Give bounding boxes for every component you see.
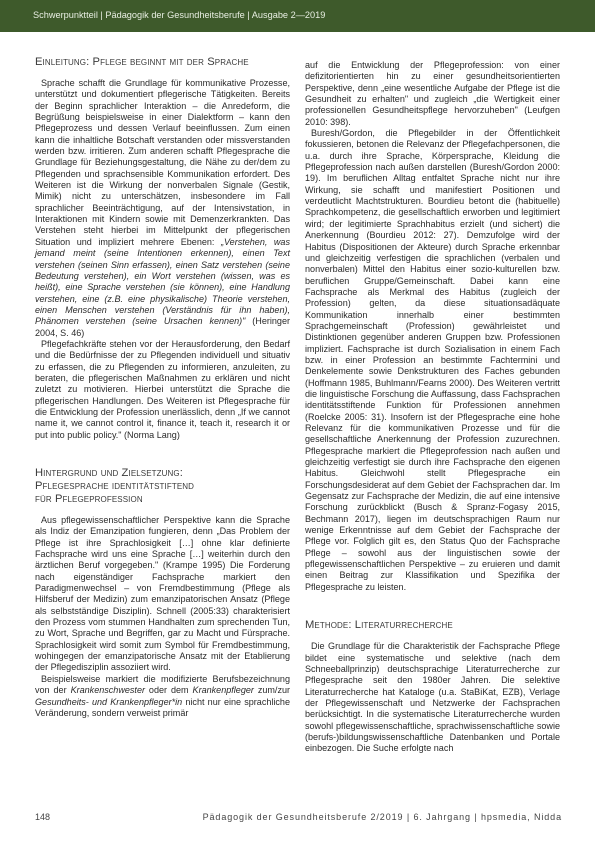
paragraph-text: Sprache schafft die Grundlage für kommun… [35, 78, 290, 247]
running-header-bar: Schwerpunktteil | Pädagogik der Gesundhe… [0, 0, 595, 32]
right-column: auf die Entwicklung der Pflegeprofession… [305, 60, 560, 755]
left-column: Einleitung: Pflege beginnt mit der Sprac… [35, 56, 290, 719]
heading-line: für Pflegeprofession [35, 493, 143, 505]
section-heading-background: Hintergrund und Zielsetzung: Pflegesprac… [35, 467, 290, 506]
paragraph-emancipation: Aus pflegewissenschaftlicher Perspektive… [35, 515, 290, 674]
running-header-title: Schwerpunktteil | Pädagogik der Gesundhe… [33, 10, 325, 20]
paragraph-job-title: Beispielsweise markiert die modifizierte… [35, 674, 290, 719]
paragraph-text: zum/zur [254, 685, 290, 695]
section-heading-introduction: Einleitung: Pflege beginnt mit der Sprac… [35, 56, 290, 69]
paragraph-method: Die Grundlage für die Charakteristik der… [305, 641, 560, 754]
page-number: 148 [35, 812, 50, 822]
paragraph-text: oder dem [145, 685, 193, 695]
footer-journal-line: Pädagogik der Gesundheitsberufe 2/2019 |… [203, 812, 562, 822]
heading-line: Pflegesprache identitätstiftend [35, 480, 194, 492]
paragraph-challenge: Pflegefachkräfte stehen vor der Herausfo… [35, 339, 290, 441]
paragraph-intro: Sprache schafft die Grundlage für kommun… [35, 78, 290, 339]
paragraph-buresh-gordon: Buresh/Gordon, die Pflegebilder in der Ö… [305, 128, 560, 593]
heading-line: Hintergrund und Zielsetzung: [35, 467, 183, 479]
paragraph-continuation: auf die Entwicklung der Pflegeprofession… [305, 60, 560, 128]
emphasis-term: Krankenpfleger [193, 685, 254, 695]
section-heading-method: Methode: Literaturrecherche [305, 619, 560, 632]
emphasis-term: Krankenschwester [71, 685, 145, 695]
block-quote-heringer: „Verstehen, was jemand meint (seine Inte… [35, 237, 290, 326]
emphasis-term: Gesundheits- und Krankenpfleger*in [35, 697, 182, 707]
